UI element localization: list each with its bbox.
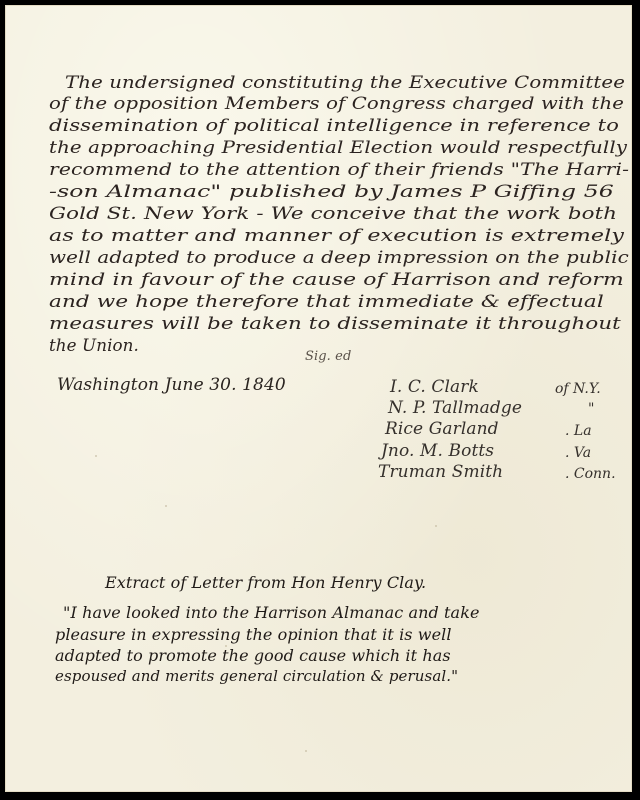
signatory-name: Jno. M. Botts [381, 441, 494, 462]
signatory-name: Rice Garland [385, 419, 499, 440]
body-line-8: as to matter and manner of execution is … [49, 226, 624, 246]
paper-speck [435, 525, 437, 527]
place-date: Washington June 30. 1840 [57, 375, 286, 396]
signatory-state: of N.Y. [555, 381, 601, 397]
body-line-1: The undersigned constituting the Executi… [65, 73, 625, 93]
body-line-3: dissemination of political intelligence … [49, 116, 619, 136]
quote-line-4: espoused and merits general circulation … [55, 667, 458, 686]
signatory-name: N. P. Tallmadge [388, 398, 522, 419]
paper-speck [95, 455, 97, 457]
signatory-state: . Va [565, 445, 591, 461]
signatory-state: . La [565, 423, 592, 439]
quote-line-1: "I have looked into the Harrison Almanac… [63, 603, 480, 622]
signatory-name: I. C. Clark [390, 377, 479, 398]
body-line-2: of the opposition Members of Congress ch… [49, 94, 624, 114]
quote-line-2: pleasure in expressing the opinion that … [55, 625, 452, 644]
paper-speck [165, 505, 167, 507]
manuscript-page: The undersigned constituting the Executi… [5, 5, 632, 792]
signatory-name: Truman Smith [378, 462, 503, 483]
signed-label: Sig. ed [305, 347, 351, 366]
body-line-11: and we hope therefore that immediate & e… [49, 292, 604, 312]
quote-line-3: adapted to promote the good cause which … [55, 646, 451, 665]
body-line-6: -son Almanac" published by James P Giffi… [49, 182, 614, 202]
body-line-4: the approaching Presidential Election wo… [49, 138, 627, 158]
body-line-7: Gold St. New York - We conceive that the… [49, 204, 617, 224]
extract-heading: Extract of Letter from Hon Henry Clay. [105, 573, 426, 592]
body-line-5: recommend to the attention of their frie… [49, 160, 629, 180]
signatory-state: . Conn. [565, 466, 616, 482]
signatory-state: " [588, 401, 594, 417]
body-line-12: measures will be taken to disseminate it… [49, 314, 621, 334]
body-line-9: well adapted to produce a deep impressio… [49, 248, 629, 268]
body-line-10: mind in favour of the cause of Harrison … [49, 270, 624, 290]
paper-speck [305, 750, 307, 752]
body-line-13: the Union. [49, 336, 139, 356]
paper-speck [225, 645, 227, 647]
